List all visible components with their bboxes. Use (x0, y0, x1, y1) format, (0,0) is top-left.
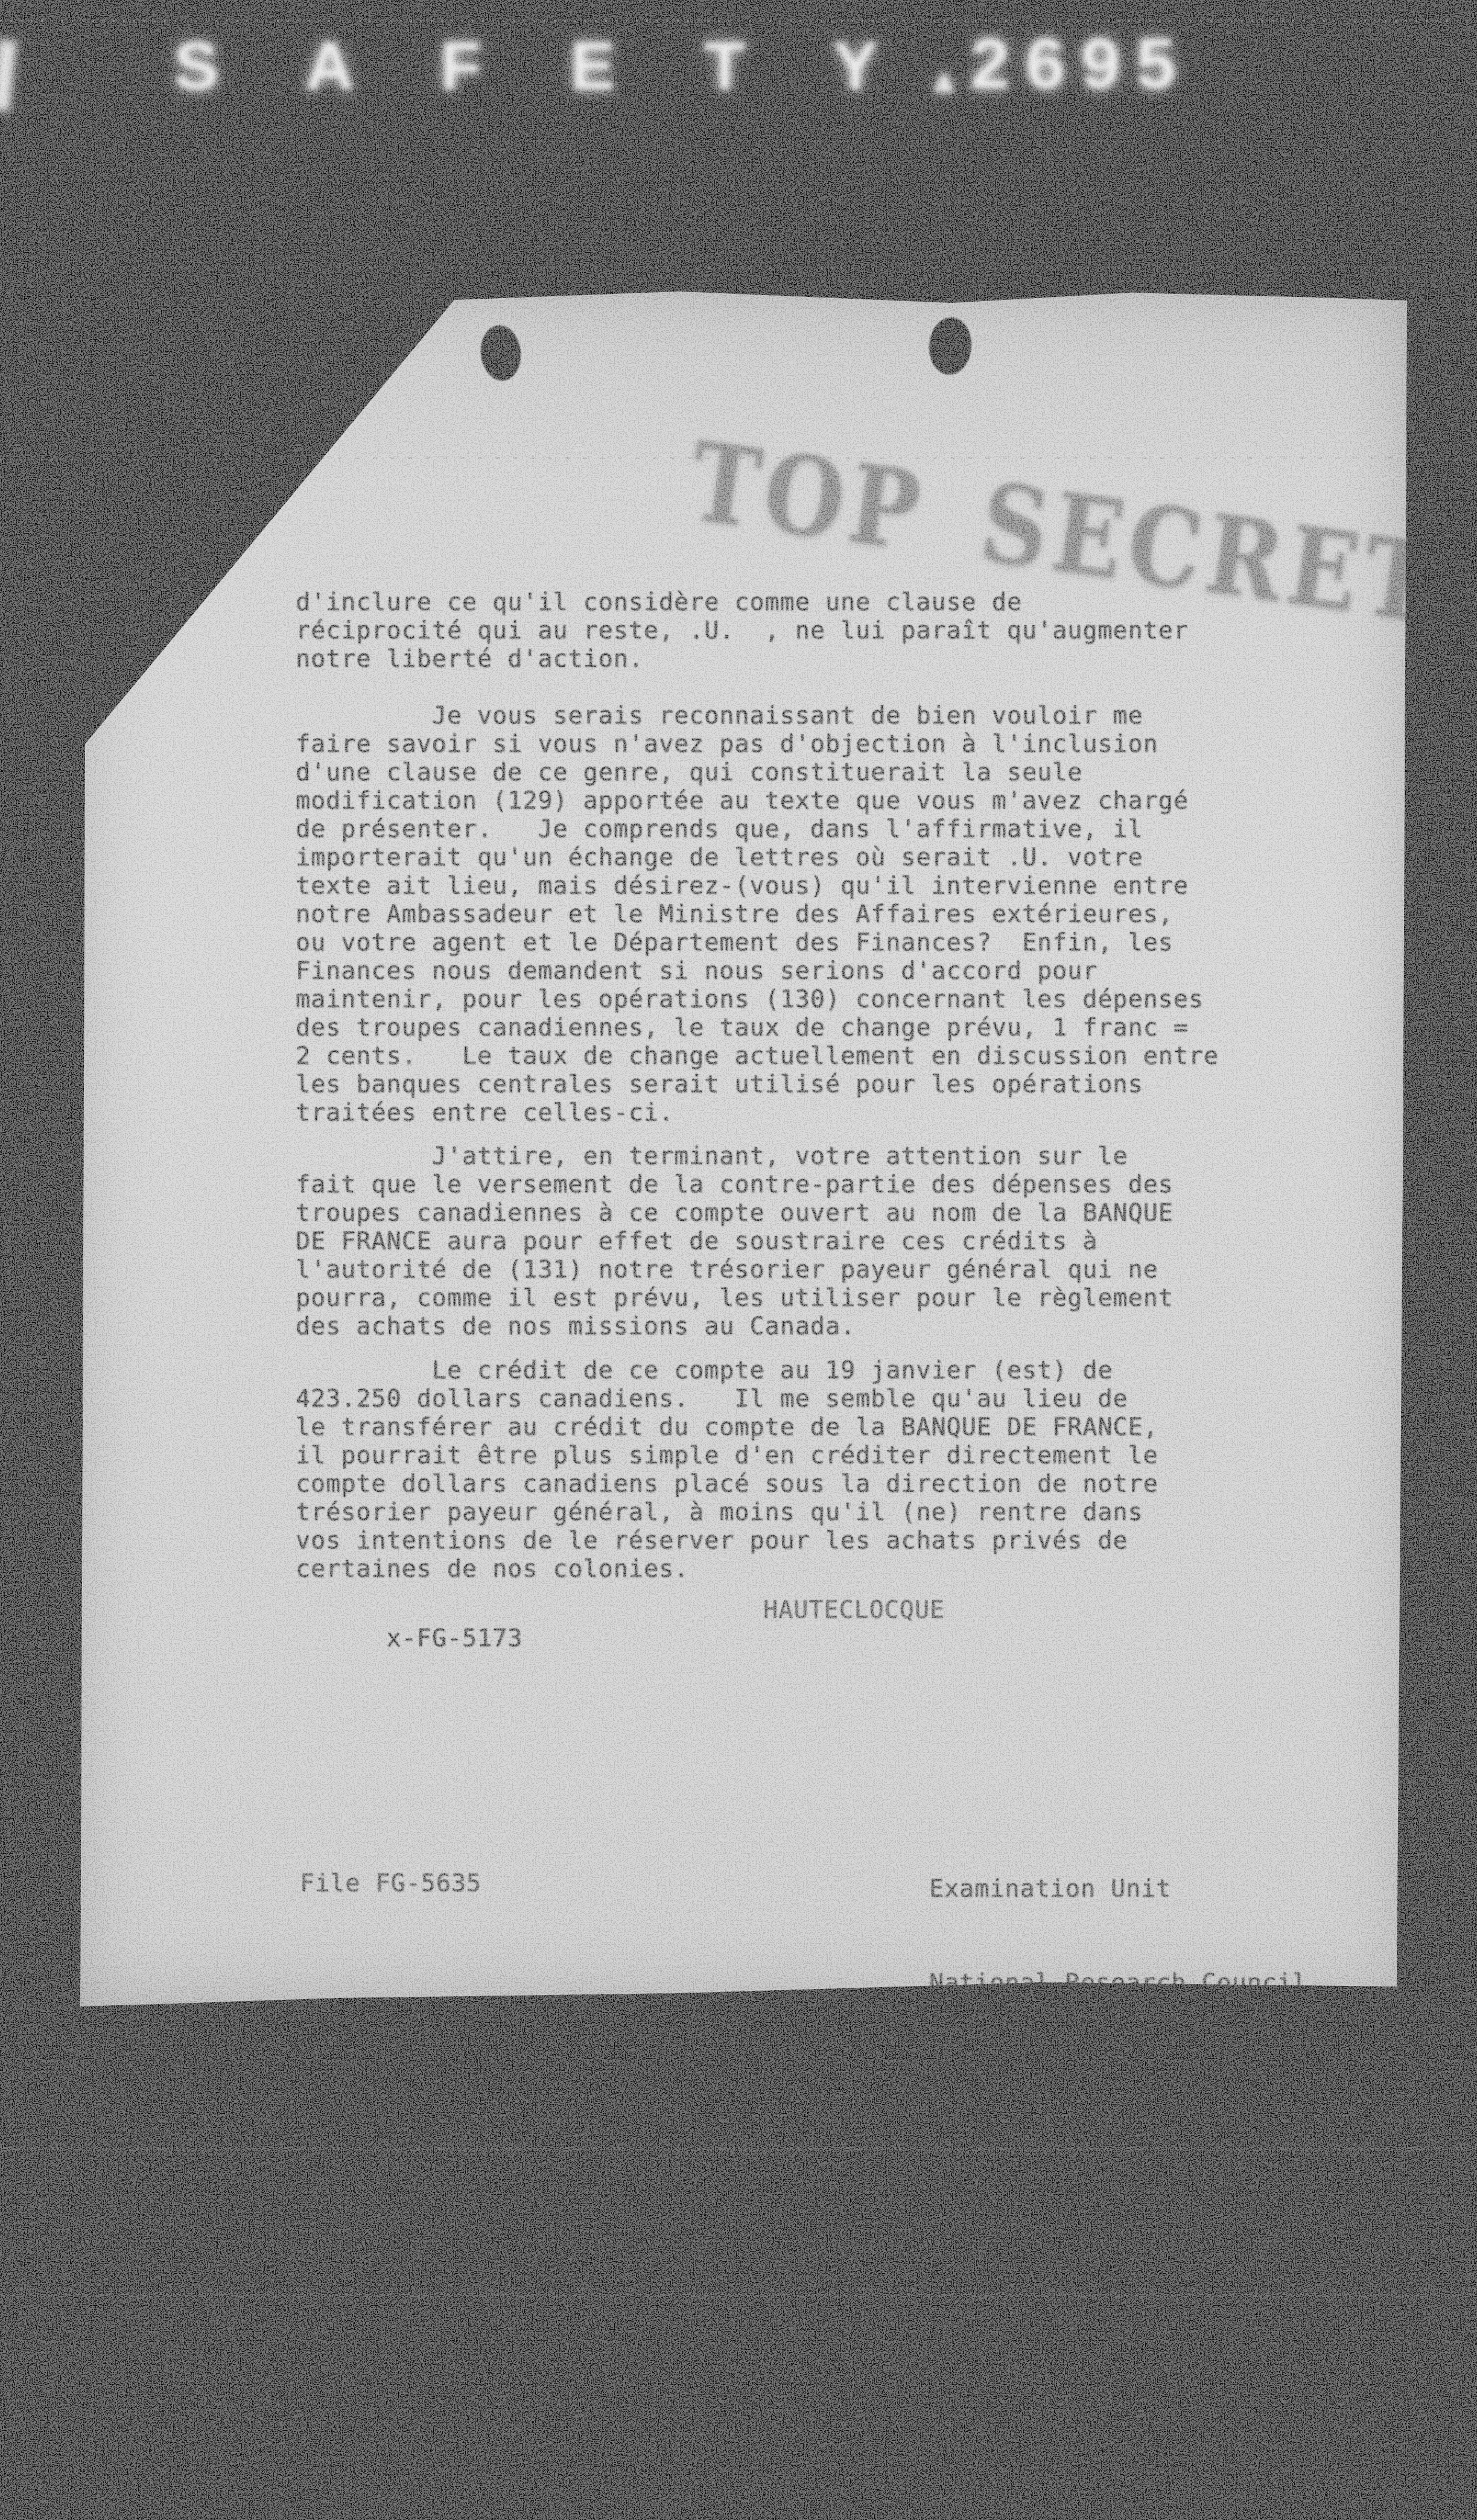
film-frame-header: S A F E T Y ▲ 2695 (174, 23, 1192, 105)
letter-line: des troupes canadiennes, le taux de chan… (296, 1014, 1219, 1042)
letter-line: troupes canadiennes à ce compte ouvert a… (296, 1199, 1174, 1227)
film-scratch-line (0, 267, 1477, 269)
letter-line: ou votre agent et le Département des Fin… (296, 929, 1219, 957)
letter-line: d'une clause de ce genre, qui constituer… (296, 759, 1219, 787)
reference-number: x-FG-5173 (387, 1624, 523, 1652)
organization-name: National Research Council (929, 1967, 1307, 1999)
film-scratch-line (0, 20, 1477, 22)
letter-paragraph: Le crédit de ce compte au 19 janvier (es… (296, 1357, 1158, 1583)
microfilm-scan-page: S A F E T Y ▲ 2695 TOP SECRET d'inclure … (0, 0, 1477, 2520)
scan-band-artifact (0, 2294, 1477, 2297)
letter-line: Je vous serais reconnaissant de bien vou… (296, 702, 1219, 730)
examination-unit-block: Examination Unit National Research Counc… (929, 1810, 1307, 2156)
letter-line: Le crédit de ce compte au 19 janvier (es… (296, 1357, 1158, 1385)
letter-line: modification (129) apportée au texte que… (296, 787, 1219, 815)
letter-paragraph: Je vous serais reconnaissant de bien vou… (296, 702, 1219, 1127)
letter-line: traitées entre celles-ci. (296, 1099, 1219, 1127)
letter-line: Finances nous demandent si nous serions … (296, 957, 1219, 985)
letter-line: vos intentions de le réserver pour les a… (296, 1527, 1158, 1555)
letter-line: DE FRANCE aura pour effet de soustraire … (296, 1227, 1174, 1256)
file-number: File FG-5635 (300, 1869, 481, 1898)
letter-line: pourra, comme il est prévu, les utiliser… (296, 1284, 1174, 1312)
letter-line: le transférer au crédit du compte de la … (296, 1413, 1158, 1442)
punch-hole-right (927, 316, 973, 377)
document-sheet: TOP SECRET d'inclure ce qu'il considère … (75, 275, 1409, 2008)
letter-line: J'attire, en terminant, votre attention … (296, 1142, 1174, 1171)
triangle-marker-icon: ▲ (933, 58, 954, 99)
letter-line: il pourrait être plus simple d'en crédit… (296, 1442, 1158, 1470)
letter-line: fait que le versement de la contre-parti… (296, 1171, 1174, 1199)
letter-line: 423.250 dollars canadiens. Il me semble … (296, 1385, 1158, 1413)
scan-band-artifact (0, 2147, 1477, 2151)
signature-row: x-FG-5173 HAUTECLOCQUE (296, 1596, 1261, 1710)
film-edge-artifact (0, 39, 17, 112)
letter-line: réciprocité qui au reste, .U. , ne lui p… (296, 617, 1189, 645)
unit-name: Examination Unit (929, 1873, 1307, 1904)
letter-line: trésorier payeur général, à moins qu'il … (296, 1498, 1158, 1527)
letter-line: d'inclure ce qu'il considère comme une c… (296, 588, 1189, 617)
date-line: March 7, 1945 (929, 2061, 1307, 2093)
letter-line: des achats de nos missions au Canada. (296, 1312, 1174, 1341)
letter-paragraph: d'inclure ce qu'il considère comme une c… (296, 588, 1189, 673)
letter-line: 2 cents. Le taux de change actuellement … (296, 1042, 1219, 1071)
film-frame-number: 2695 (970, 23, 1192, 105)
letter-line: compte dollars canadiens placé sous la d… (296, 1470, 1158, 1498)
letter-paragraph: J'attire, en terminant, votre attention … (296, 1142, 1174, 1341)
signature-name: HAUTECLOCQUE (763, 1596, 945, 1624)
letter-line: maintenir, pour les opérations (130) con… (296, 985, 1219, 1014)
punch-hole-left (478, 323, 523, 383)
letter-line: de présenter. Je comprends que, dans l'a… (296, 815, 1219, 844)
letter-line: les banques centrales serait utilisé pou… (296, 1071, 1219, 1099)
film-header-label: S A F E T Y (174, 27, 913, 105)
letter-line: texte ait lieu, mais désirez-(vous) qu'i… (296, 872, 1219, 900)
letter-line: notre liberté d'action. (296, 645, 1189, 673)
letter-line: certaines de nos colonies. (296, 1555, 1158, 1583)
letter-line: l'autorité de (131) notre trésorier paye… (296, 1256, 1174, 1284)
letter-line: importerait qu'un échange de lettres où … (296, 844, 1219, 872)
letter-line: faire savoir si vous n'avez pas d'object… (296, 730, 1219, 759)
letter-line: notre Ambassadeur et le Ministre des Aff… (296, 900, 1219, 929)
